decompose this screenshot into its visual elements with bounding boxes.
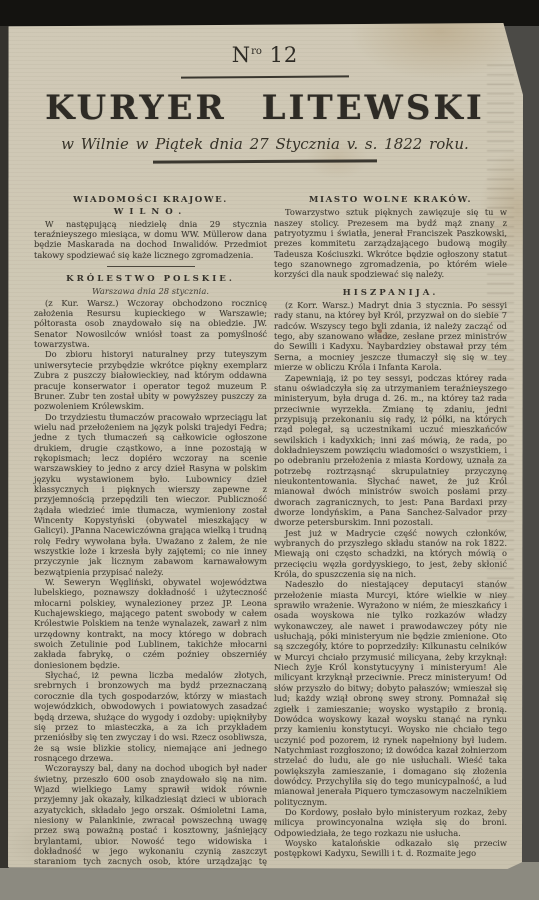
dateline-rule	[153, 159, 377, 163]
section-header-hiszpania: HISZPANIJA.	[274, 288, 507, 298]
ink-stain	[386, 335, 389, 338]
dateline-warszawa: Warszawa dnia 28 stycznia.	[34, 286, 267, 296]
paragraph-wilno-maskarada: W następującą niedzielę dnia 29 stycznia…	[34, 219, 267, 260]
paragraph-resursa: (z Kur. Warsz.) Wczoray obchodzono roczn…	[34, 298, 267, 350]
left-column: WIADOMOŚCI KRAJOWE. WILNO. W następującą…	[34, 195, 267, 887]
right-column: MIASTO WOLNE KRAKÓW. Towarzystwo sztuk p…	[274, 195, 507, 887]
section-divider-rule	[107, 266, 195, 267]
issue-superscript: ro	[251, 46, 262, 57]
paragraph-zapewniaja: Zapewniają, iż po tey sessyi, podczas kt…	[274, 373, 507, 528]
paragraph-kordowa: Do Kordowy, posłało było ministeryum roz…	[274, 807, 507, 838]
paragraph-krakow: Towarzystwo sztuk pięknych zawięzuje się…	[274, 207, 507, 279]
issue-no: 12	[270, 43, 299, 67]
paragraph-czlonkowie: Jest już w Madrycie część nowych członkó…	[274, 528, 507, 580]
newspaper-page: Nro 12 KURYER LITEWSKI w Wilnie w Piątek…	[7, 23, 523, 869]
newspaper-title: KURYER LITEWSKI	[7, 88, 523, 128]
ink-stain	[367, 341, 369, 344]
section-header-wiadomosci-krajowe: WIADOMOŚCI KRAJOWE.	[34, 195, 267, 205]
masthead-dateline: w Wilnie w Piątek dnia 27 Stycznia v. s.…	[7, 135, 523, 153]
article-columns: WIADOMOŚCI KRAJOWE. WILNO. W następującą…	[34, 195, 508, 887]
reverse-side-bleedthrough	[487, 58, 514, 598]
scan-top-border	[0, 0, 539, 26]
issue-rule	[181, 75, 349, 78]
section-header-krakow: MIASTO WOLNE KRAKÓW.	[274, 195, 507, 205]
scan-left-border	[0, 20, 9, 868]
issue-prefix: N	[232, 43, 251, 67]
paragraph-murcya: Nadeszło do niestającey deputacyi stanów…	[274, 579, 507, 807]
paragraph-fedra: Do trzydziestu tłumaczów pracowało wprze…	[34, 412, 267, 578]
section-header-wilno: WILNO.	[34, 207, 267, 217]
paragraph-woysko: Woysko katalońskie odkazało się przeciw …	[274, 838, 507, 859]
paragraph-weglinski: W. Seweryn Węgliński, obywatel województ…	[34, 577, 267, 670]
paragraph-medale: Słychać, iż pewna liczba medalów złotych…	[34, 670, 267, 763]
masthead: Nro 12 KURYER LITEWSKI w Wilnie w Piątek…	[7, 23, 523, 163]
paragraph-madryt: (z Korr. Warsz.) Madryt dnia 3 stycznia.…	[274, 300, 507, 372]
issue-number: Nro 12	[7, 43, 523, 67]
paragraph-zubr: Do zbioru historyi naturalney przy tutey…	[34, 349, 267, 411]
ink-stain	[378, 329, 382, 333]
section-header-krolestwo-polskie: KRÓLESTWO POLSKIE.	[34, 274, 267, 284]
